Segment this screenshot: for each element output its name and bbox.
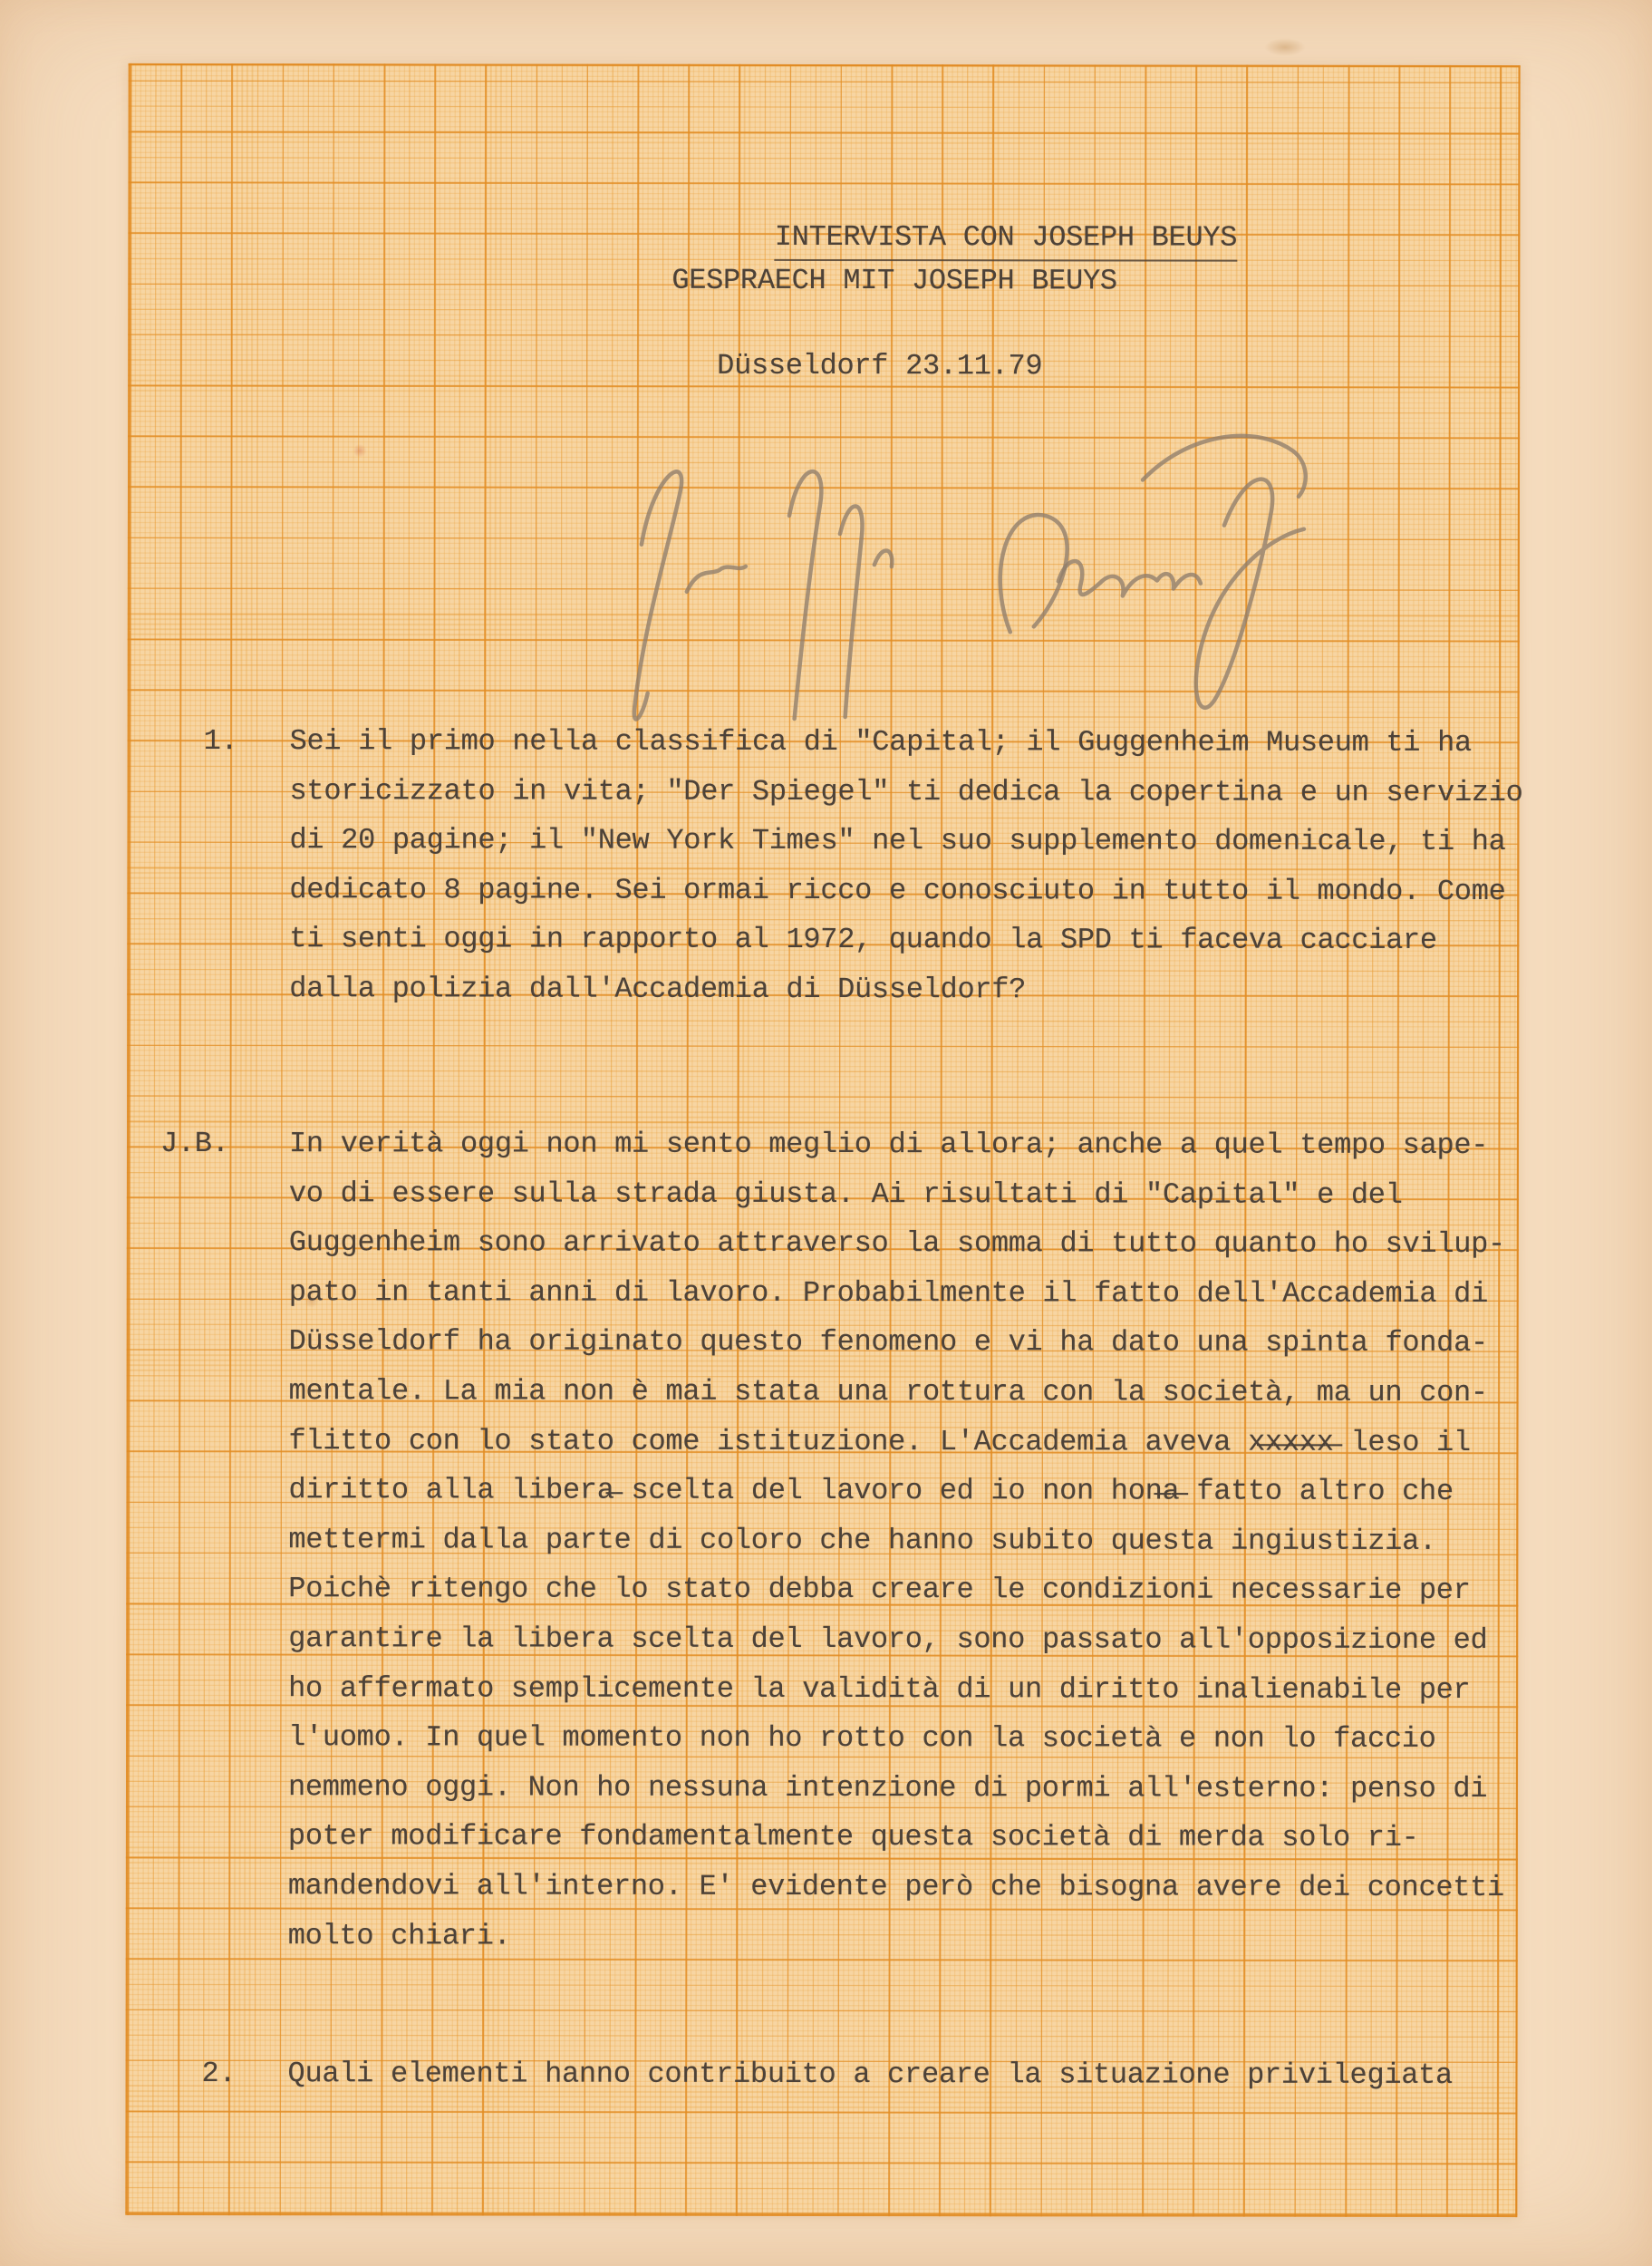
signature-stroke — [789, 471, 822, 719]
answer-jb-label: J.B. — [160, 1119, 229, 1169]
question-2-number: 2. — [202, 2049, 237, 2099]
signature-stroke — [1143, 436, 1306, 497]
page-subtitle: GESPRAECH MIT JOSEPH BEUYS — [671, 262, 1117, 301]
paper-stain — [353, 444, 367, 457]
signature-stroke — [687, 566, 746, 592]
paper-stain — [1264, 38, 1306, 56]
photo-mat-background: INTERVISTA CON JOSEPH BEUYS GESPRAECH MI… — [0, 0, 1652, 2266]
question-1-number: 1. — [204, 717, 238, 767]
dateline: Düsseldorf 23.11.79 — [717, 347, 1042, 386]
signature-stroke — [1058, 561, 1201, 596]
signature-stroke — [874, 550, 892, 566]
signature-stroke — [634, 471, 681, 719]
photographed-document: { "document": { "kind": "typewritten int… — [0, 0, 1652, 2266]
joseph-beuys-signature — [601, 400, 1327, 754]
graph-paper-sheet: INTERVISTA CON JOSEPH BEUYS GESPRAECH MI… — [125, 63, 1520, 2217]
question-1-text: Sei il primo nella classifica di "Capita… — [289, 717, 1522, 1015]
signature-stroke — [1000, 515, 1068, 632]
signature-stroke — [1196, 479, 1304, 708]
question-2-text: Quali elementi hanno contribuito a crear… — [288, 2049, 1453, 2100]
signature-stroke — [840, 507, 863, 718]
page-title-text: INTERVISTA CON JOSEPH BEUYS — [775, 220, 1237, 262]
answer-jb-text: In verità oggi non mi sento meglio di al… — [288, 1119, 1505, 1962]
